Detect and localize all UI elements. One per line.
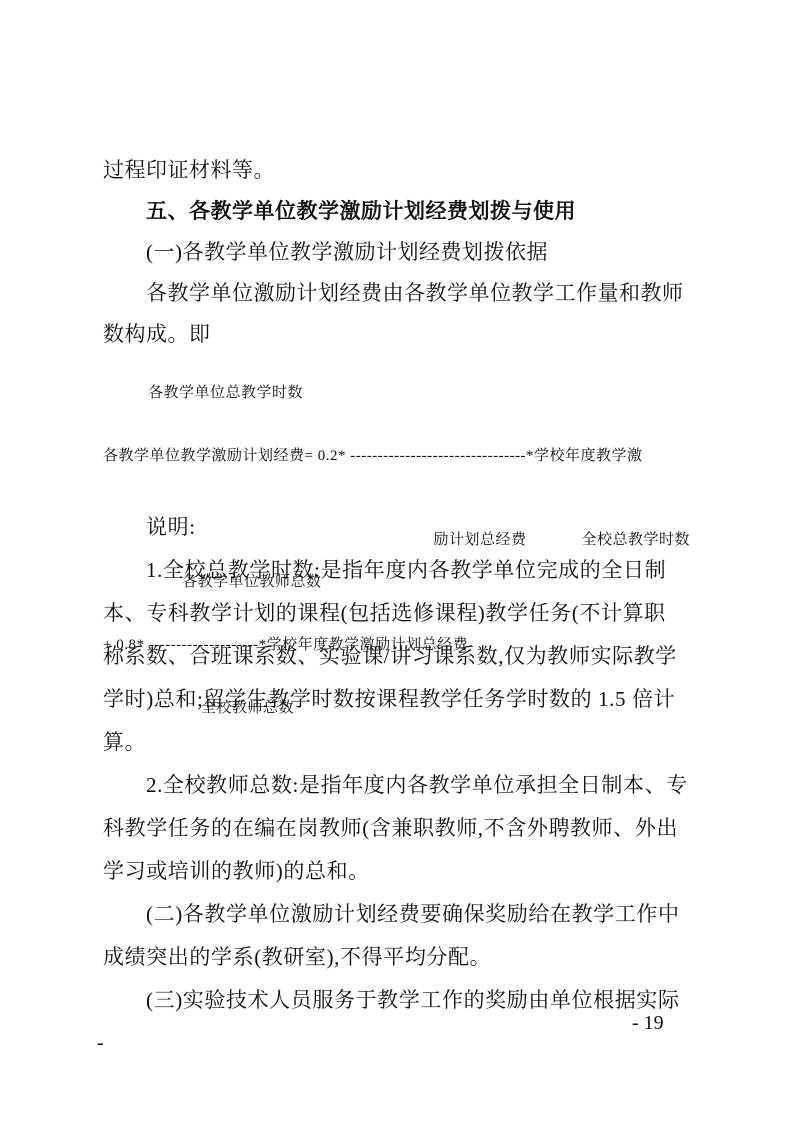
notes-label: 说明:	[103, 506, 723, 549]
note-2-line: 科教学任务的在编在岗教师(含兼职教师,不含外聘教师、外出	[103, 807, 723, 850]
subsection-3-line: (三)实验技术人员服务于教学工作的奖励由单位根据实际	[103, 979, 723, 1022]
subsection-2-line: 成绩突出的学系(教研室),不得平均分配。	[103, 936, 723, 979]
note-1-line: 1.全校总教学时数:是指年度内各教学单位完成的全日制	[103, 549, 723, 592]
section-heading: 五、各教学单位教学激励计划经费划拨与使用	[103, 191, 723, 232]
formula-main-line-1: 各教学单位教学激励计划经费= 0.2* --------------------…	[103, 446, 723, 467]
notes-section: 说明: 1.全校总教学时数:是指年度内各教学单位完成的全日制 本、专科教学计划的…	[103, 506, 723, 1022]
note-2-line: 学习或培训的教师)的总和。	[103, 850, 723, 893]
note-1-line: 算。	[103, 721, 723, 764]
paragraph-line: 各教学单位激励计划经费由各教学单位教学工作量和教师	[103, 273, 723, 314]
note-1-line: 称系数、合班课系数、实验课/讲习课系数,仅为教师实际教学	[103, 635, 723, 678]
page-number: - 19	[632, 1010, 664, 1036]
top-section: 过程印证材料等。 五、各教学单位教学激励计划经费划拨与使用 (一)各教学单位教学…	[103, 150, 723, 355]
subsection-1-title: (一)各教学单位教学激励计划经费划拨依据	[103, 232, 723, 273]
footer-stray-dash: -	[97, 1030, 104, 1056]
subsection-2-line: (二)各教学单位激励计划经费要确保奖励给在教学工作中	[103, 893, 723, 936]
note-1-line: 学时)总和;留学生教学时数按课程教学任务学时数的 1.5 倍计	[103, 678, 723, 721]
note-2-line: 2.全校教师总数:是指年度内各教学单位承担全日制本、专	[103, 764, 723, 807]
intro-line: 过程印证材料等。	[103, 150, 723, 191]
note-1-line: 本、专科教学计划的课程(包括选修课程)教学任务(不计算职	[103, 592, 723, 635]
document-page: 过程印证材料等。 五、各教学单位教学激励计划经费划拨与使用 (一)各教学单位教学…	[0, 0, 793, 1122]
formula-numerator-1: 各教学单位总教学时数	[103, 383, 723, 404]
